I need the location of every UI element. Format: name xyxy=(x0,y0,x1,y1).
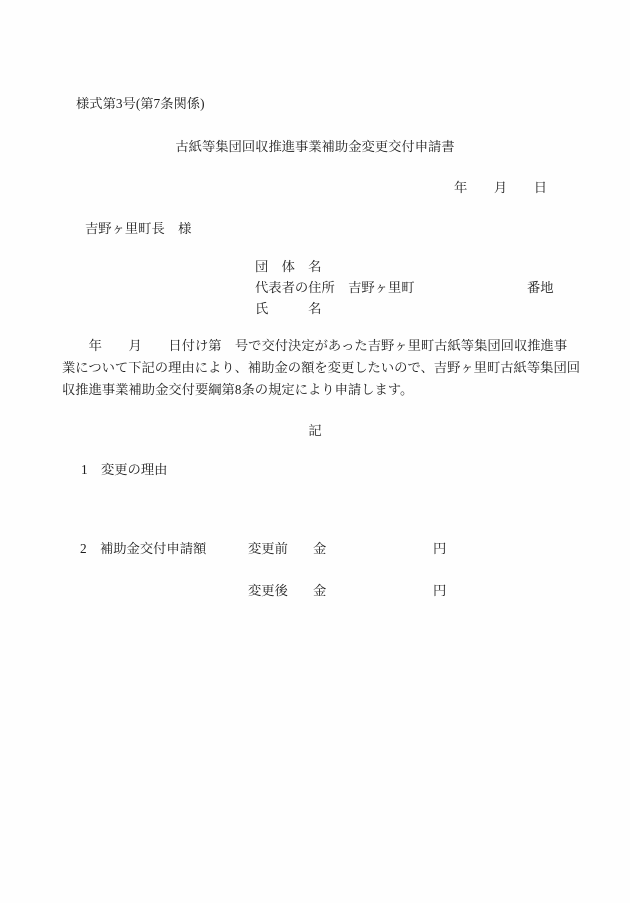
rep-address-label: 代表者の住所 xyxy=(255,280,335,295)
form-number: 様式第3号(第7条関係) xyxy=(76,96,205,111)
item-1-reason: 1 変更の理由 xyxy=(81,462,167,477)
ki-heading: 記 xyxy=(0,423,630,438)
date-line: 年 月 日 xyxy=(454,180,547,195)
rep-address-value: 吉野ヶ里町 xyxy=(348,280,414,295)
rep-address-suffix: 番地 xyxy=(527,280,554,295)
item-2-amount: 2 補助金交付申請額 xyxy=(80,541,206,556)
addressee: 吉野ヶ里町長 様 xyxy=(85,221,191,236)
rep-name-label: 氏 名 xyxy=(255,301,321,316)
amount-before-prefix: 金 xyxy=(313,541,326,556)
body-line-3: 収推進事業補助金交付要綱第8条の規定により申請します。 xyxy=(62,382,413,397)
amount-after-suffix: 円 xyxy=(433,583,446,598)
body-line-1: 年 月 日付け第 号で交付決定があった吉野ヶ里町古紙等集団回収推進事 xyxy=(62,338,567,353)
rep-address-line: 代表者の住所吉野ヶ里町 xyxy=(255,280,415,295)
amount-after-prefix: 金 xyxy=(313,583,326,598)
amount-before-label: 変更前 xyxy=(248,541,288,556)
amount-before-suffix: 円 xyxy=(433,541,446,556)
document-page: 様式第3号(第7条関係) 古紙等集団回収推進事業補助金変更交付申請書 年 月 日… xyxy=(0,0,630,903)
document-title: 古紙等集団回収推進事業補助金変更交付申請書 xyxy=(0,139,630,154)
amount-after-label: 変更後 xyxy=(248,583,288,598)
group-name-label: 団 体 名 xyxy=(255,259,321,274)
body-line-2: 業について下記の理由により、補助金の額を変更したいので、吉野ヶ里町古紙等集団回 xyxy=(62,360,580,375)
